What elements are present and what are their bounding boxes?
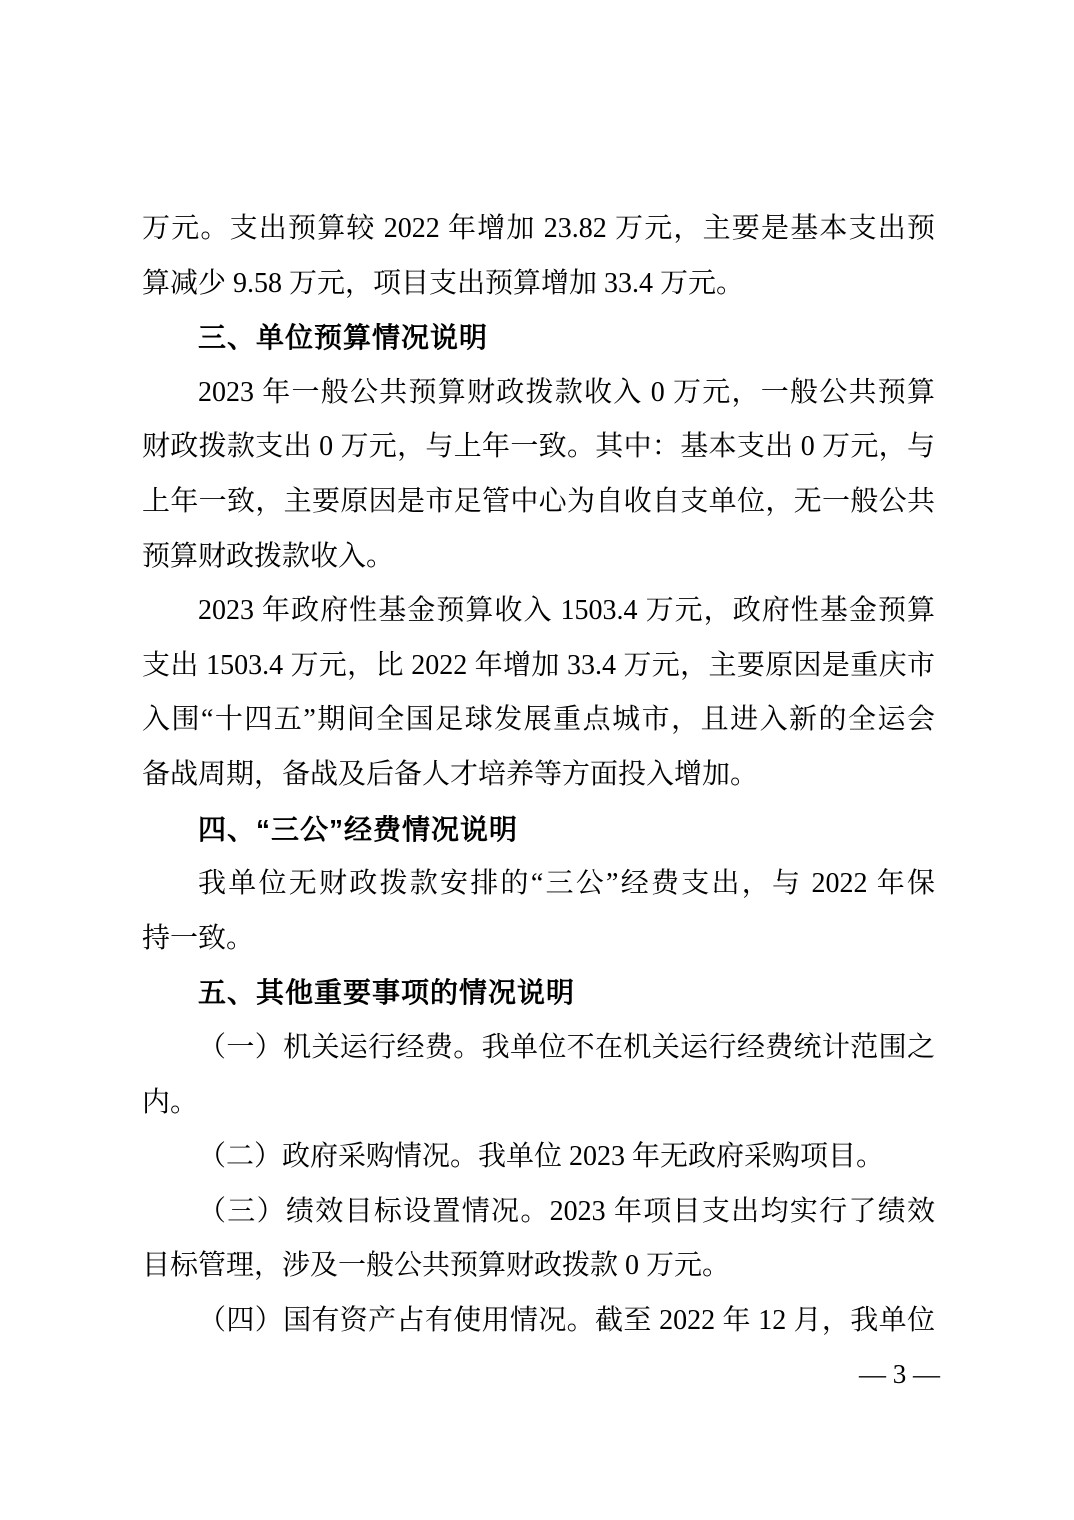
- document-body: 万元。支出预算较 2022 年增加 23.82 万元，主要是基本支出预 算减少 …: [142, 202, 935, 1348]
- body-line: 财政拨款支出 0 万元，与上年一致。其中：基本支出 0 万元，与: [142, 420, 935, 475]
- body-line: 支出 1503.4 万元，比 2022 年增加 33.4 万元，主要原因是重庆市: [142, 639, 935, 694]
- body-line: （三）绩效目标设置情况。2023 年项目支出均实行了绩效: [142, 1185, 935, 1240]
- body-line: 目标管理，涉及一般公共预算财政拨款 0 万元。: [142, 1239, 935, 1294]
- body-line: 预算财政拨款收入。: [142, 530, 935, 585]
- body-line: 备战周期，备战及后备人才培养等方面投入增加。: [142, 748, 935, 803]
- body-line: 万元。支出预算较 2022 年增加 23.82 万元，主要是基本支出预: [142, 202, 935, 257]
- section-heading-4: 四、“三公”经费情况说明: [142, 803, 935, 858]
- document-page: 万元。支出预算较 2022 年增加 23.82 万元，主要是基本支出预 算减少 …: [0, 0, 1074, 1520]
- body-line: （二）政府采购情况。我单位 2023 年无政府采购项目。: [142, 1130, 935, 1185]
- body-line: 算减少 9.58 万元，项目支出预算增加 33.4 万元。: [142, 257, 935, 312]
- body-line: 入围“十四五”期间全国足球发展重点城市，且进入新的全运会: [142, 693, 935, 748]
- page-number: — 3 —: [859, 1352, 940, 1396]
- body-line: （一）机关运行经费。我单位不在机关运行经费统计范围之: [142, 1021, 935, 1076]
- body-line: 2023 年政府性基金预算收入 1503.4 万元，政府性基金预算: [142, 584, 935, 639]
- body-line: 上年一致，主要原因是市足管中心为自收自支单位，无一般公共: [142, 475, 935, 530]
- section-heading-3: 三、单位预算情况说明: [142, 311, 935, 366]
- body-line: （四）国有资产占有使用情况。截至 2022 年 12 月，我单位: [142, 1294, 935, 1349]
- body-line: 持一致。: [142, 912, 935, 967]
- body-line: 内。: [142, 1076, 935, 1131]
- body-line: 2023 年一般公共预算财政拨款收入 0 万元，一般公共预算: [142, 366, 935, 421]
- section-heading-5: 五、其他重要事项的情况说明: [142, 966, 935, 1021]
- body-line: 我单位无财政拨款安排的“三公”经费支出，与 2022 年保: [142, 857, 935, 912]
